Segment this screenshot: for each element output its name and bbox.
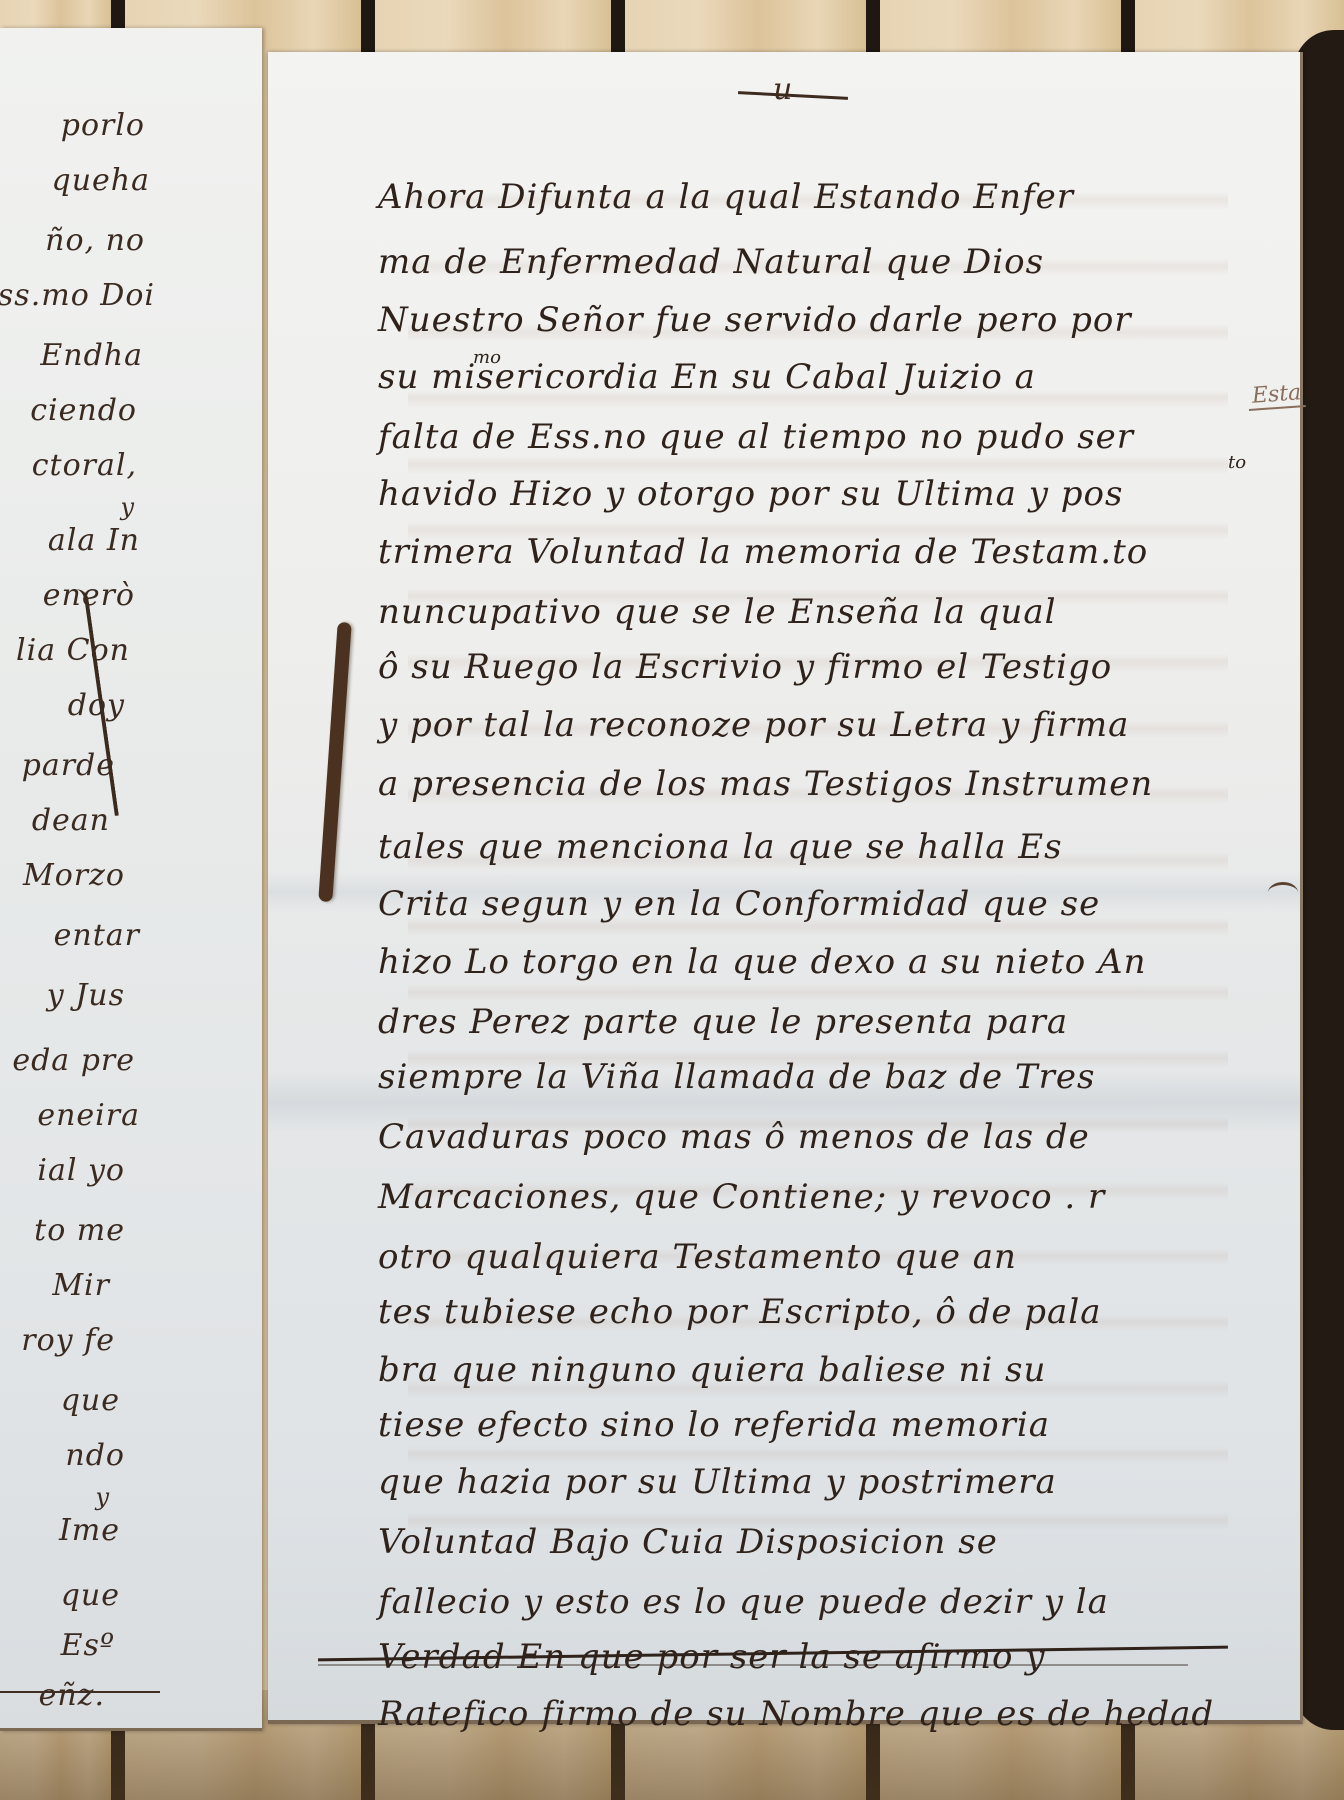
left-fragment: que	[61, 1578, 120, 1613]
manuscript-line: Ahora Difunta a la qual Estando Enfer	[378, 177, 1074, 217]
superscript-abbreviation: to	[1228, 452, 1246, 473]
manuscript-line: ô su Ruego la Escrivio y firmo el Testig…	[378, 647, 1112, 687]
header-mark: u	[773, 72, 792, 107]
left-fragment: Esº	[61, 1628, 115, 1663]
manuscript-line: hizo Lo torgo en la que dexo a su nieto …	[378, 942, 1146, 982]
left-fragment: Ime	[59, 1513, 120, 1548]
manuscript-line: nuncupativo que se le Enseña la qual	[378, 592, 1056, 632]
manuscript-line: que hazia por su Ultima y postrimera	[378, 1462, 1057, 1502]
manuscript-line: Nuestro Señor fue servido darle pero por	[378, 300, 1132, 340]
left-fragment: ciendo	[30, 393, 137, 428]
left-fragment: y Jus	[47, 978, 125, 1013]
manuscript-line: a presencia de los mas Testigos Instrume…	[378, 764, 1153, 804]
manuscript-line: tales que menciona la que se halla Es	[378, 827, 1063, 867]
manuscript-line: otro qualquiera Testamento que an	[378, 1237, 1017, 1277]
manuscript-line: havido Hizo y otorgo por su Ultima y pos	[378, 474, 1123, 514]
manuscript-line: Ratefico firmo de su Nombre que es de he…	[378, 1694, 1214, 1734]
left-fragment: Ess.mo Doi	[0, 278, 155, 313]
left-fragment: dean	[32, 803, 110, 838]
closing-rule-faint	[318, 1664, 1188, 1666]
manuscript-line: trimera Voluntad la memoria de Testam.to	[378, 532, 1148, 572]
left-fragment: Endha	[40, 338, 143, 373]
header-rule	[738, 91, 848, 100]
manuscript-line: tes tubiese echo por Escripto, ô de pala	[378, 1292, 1101, 1332]
margin-note: Esta	[1247, 380, 1306, 411]
manuscript-line: Marcaciones, que Contiene; y revoco . r	[378, 1177, 1105, 1217]
left-fragment: eneira	[37, 1098, 140, 1133]
manuscript-line: siempre la Viña llamada de baz de Tres	[378, 1057, 1095, 1097]
left-fragment: ial yo	[37, 1153, 125, 1188]
manuscript-line: tiese efecto sino lo referida memoria	[378, 1405, 1050, 1445]
left-fragment: to me	[34, 1213, 125, 1248]
left-fragment: eda pre	[12, 1043, 135, 1078]
manuscript-line: y por tal la reconoze por su Letra y fir…	[378, 705, 1129, 745]
manuscript-line: ma de Enfermedad Natural que Dios	[378, 242, 1044, 282]
left-fragment: lia Con	[16, 633, 130, 668]
left-fragment: que	[61, 1383, 120, 1418]
manuscript-line: Cavaduras poco mas ô menos de las de	[378, 1117, 1090, 1157]
left-page: porlo queha ño, no Ess.mo Doi Endha cien…	[0, 28, 262, 1731]
manuscript-line: bra que ninguno quiera baliese ni su	[378, 1350, 1046, 1390]
left-fragment: y	[120, 493, 135, 521]
left-fragment: queha	[52, 163, 151, 198]
manuscript-line: su misericordia En su Cabal Juizio a	[378, 357, 1036, 397]
right-page: u Esta mo to Ahora Difunta a la qual Est…	[268, 52, 1303, 1724]
ink-stroke	[1268, 882, 1298, 903]
left-fragment: ño, no	[45, 223, 145, 258]
left-fragment: y	[95, 1483, 110, 1511]
left-fragment: entar	[54, 918, 140, 953]
manuscript-line: falta de Ess.no que al tiempo no pudo se…	[378, 417, 1134, 457]
left-fragment: Morzo	[23, 858, 125, 893]
left-fragment: Mir	[52, 1268, 110, 1303]
left-fragment: porlo	[61, 108, 145, 143]
left-fragment: ctoral,	[32, 448, 137, 483]
left-fragment: ndo	[65, 1438, 125, 1473]
closing-rule	[0, 1691, 160, 1693]
left-fragment: eñz.	[39, 1678, 105, 1713]
manuscript-line: dres Perez parte que le presenta para	[378, 1002, 1068, 1042]
manuscript-line: Voluntad Bajo Cuia Disposicion se	[378, 1522, 998, 1562]
manuscript-line: Crita segun y en la Conformidad que se	[378, 884, 1100, 924]
manuscript-line: fallecio y esto es lo que puede dezir y …	[378, 1582, 1109, 1622]
burn-mark	[318, 622, 351, 902]
left-fragment: ala In	[48, 523, 140, 558]
left-fragment: roy fe	[21, 1323, 115, 1358]
